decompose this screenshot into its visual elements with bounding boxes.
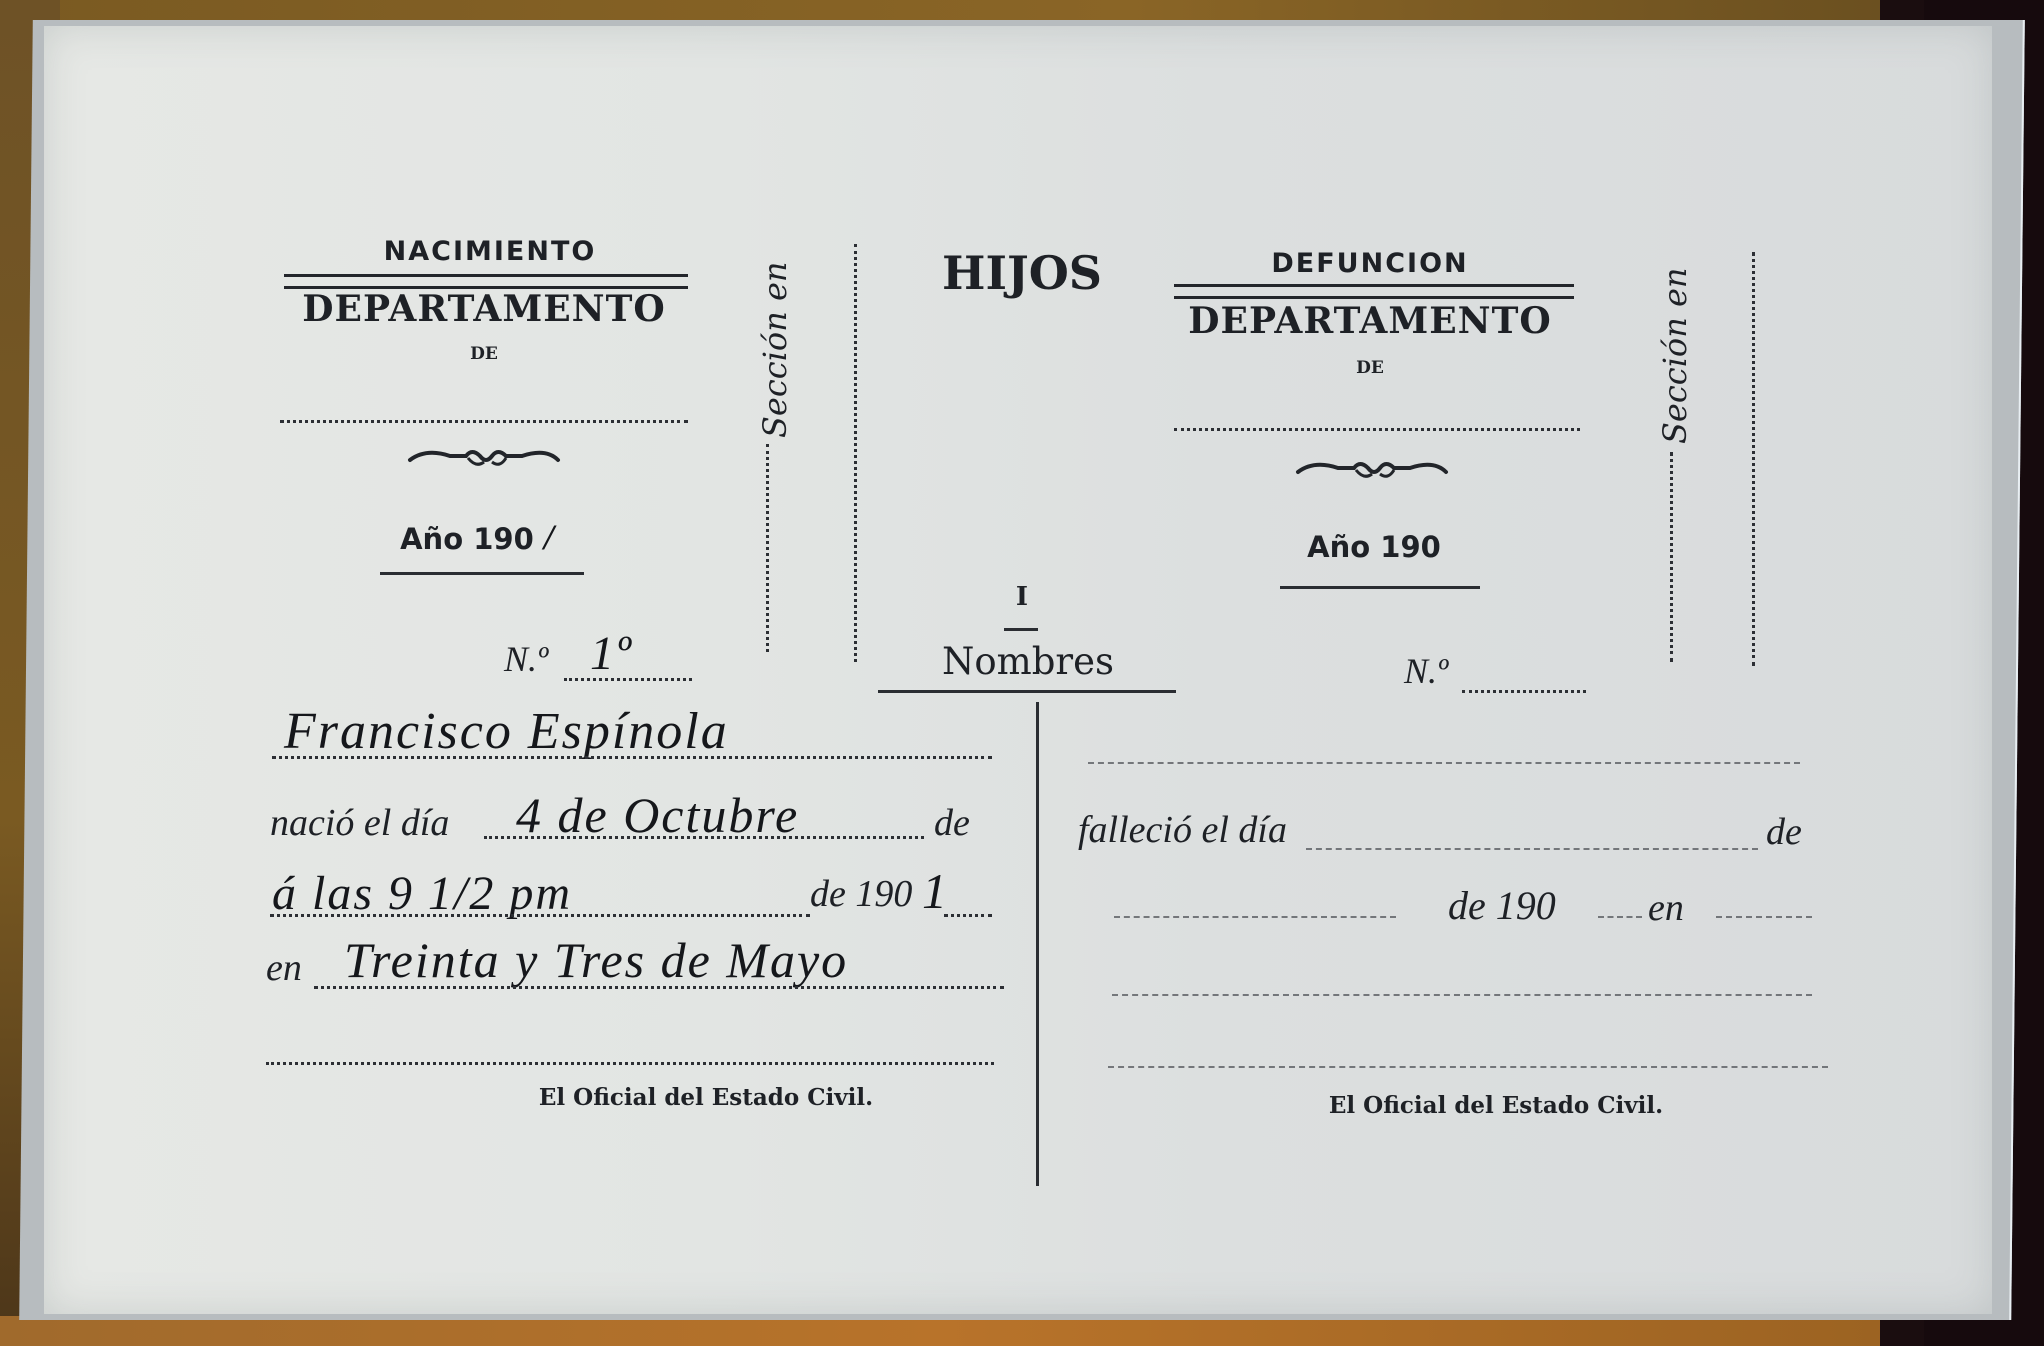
- birth-section-vertical-label: Sección en: [756, 261, 794, 438]
- death-name-field[interactable]: [1088, 762, 1800, 764]
- death-year-underline[interactable]: [1280, 586, 1480, 589]
- death-line1-prefix: falleció el día: [1078, 808, 1287, 852]
- birth-year-label: Año 190: [400, 522, 534, 556]
- death-section-field[interactable]: [1670, 452, 1673, 662]
- death-ornament-icon: [1294, 456, 1450, 486]
- children-number-marker: I: [1016, 582, 1028, 612]
- birth-number-handwritten[interactable]: 1º: [590, 626, 633, 681]
- children-names-underline: [878, 690, 1176, 693]
- birth-line1-prefix: nació el día: [270, 801, 449, 845]
- background-table-edge: [0, 1316, 1880, 1346]
- death-divider-dotted: [1752, 252, 1755, 666]
- death-line2-suffix: en: [1648, 886, 1684, 930]
- children-marker-rule: [1004, 628, 1038, 631]
- death-date-field[interactable]: [1306, 848, 1758, 850]
- birth-divider-dotted: [854, 244, 857, 662]
- center-divider: [1036, 702, 1039, 1186]
- birth-time-handwritten[interactable]: á las 9 1/2 pm: [272, 866, 572, 921]
- registry-card: NACIMIENTO DEPARTAMENTO DE Año 190 / Sec…: [44, 26, 1992, 1314]
- birth-year: Año 190 /: [400, 516, 556, 558]
- death-number-label: N.º: [1404, 650, 1448, 692]
- death-extra-line[interactable]: [1108, 1066, 1828, 1068]
- background-white-strip: [0, 1346, 2044, 1364]
- death-signature-label: El Oficial del Estado Civil.: [1329, 1092, 1663, 1119]
- birth-ornament-icon: [406, 444, 562, 474]
- birth-number-label: N.º: [504, 638, 548, 680]
- birth-place-handwritten[interactable]: Treinta y Tres de Mayo: [344, 931, 848, 989]
- birth-name-field: [272, 756, 992, 759]
- birth-year-digit-handwritten[interactable]: 1: [922, 862, 949, 920]
- birth-de-label: DE: [470, 344, 498, 364]
- death-year-label: Año 190: [1307, 530, 1441, 564]
- death-line2-middle: de 190: [1448, 882, 1556, 929]
- birth-double-rule: [284, 274, 688, 289]
- birth-heading: NACIMIENTO: [384, 236, 597, 267]
- death-department-label: DEPARTAMENTO: [1188, 300, 1551, 342]
- death-department-field[interactable]: [1174, 428, 1580, 431]
- birth-place-field: [314, 986, 1004, 989]
- birth-year-handwritten[interactable]: /: [544, 517, 556, 557]
- death-number-field[interactable]: [1462, 690, 1586, 693]
- birth-date-field: [484, 836, 924, 839]
- birth-section-field[interactable]: [766, 444, 769, 652]
- birth-line2-suffix: de 190: [810, 872, 912, 916]
- birth-year-digit-field: [944, 914, 992, 917]
- birth-signature-label: El Oficial del Estado Civil.: [539, 1084, 873, 1111]
- birth-line3-prefix: en: [266, 946, 302, 990]
- birth-extra-line: [266, 1062, 994, 1065]
- death-line1-suffix: de: [1766, 810, 1802, 854]
- death-month-field[interactable]: [1114, 916, 1396, 918]
- birth-line1-suffix: de: [934, 801, 970, 845]
- children-heading: HIJOS: [942, 246, 1102, 300]
- death-place-field-2[interactable]: [1112, 994, 1812, 996]
- birth-name-handwritten[interactable]: Francisco Espínola: [284, 702, 729, 761]
- children-names-label: Nombres: [942, 640, 1114, 683]
- birth-number-field: [564, 678, 692, 681]
- death-double-rule: [1174, 284, 1574, 299]
- birth-year-underline: [380, 572, 584, 575]
- death-section-vertical-label: Sección en: [1656, 267, 1694, 444]
- birth-department-label: DEPARTAMENTO: [302, 288, 665, 330]
- death-year-field[interactable]: [1598, 916, 1642, 918]
- death-place-field-1[interactable]: [1716, 916, 1812, 918]
- birth-department-field[interactable]: [280, 420, 688, 423]
- death-de-label: DE: [1356, 358, 1384, 378]
- death-heading: DEFUNCION: [1271, 248, 1468, 279]
- birth-time-field: [270, 914, 810, 917]
